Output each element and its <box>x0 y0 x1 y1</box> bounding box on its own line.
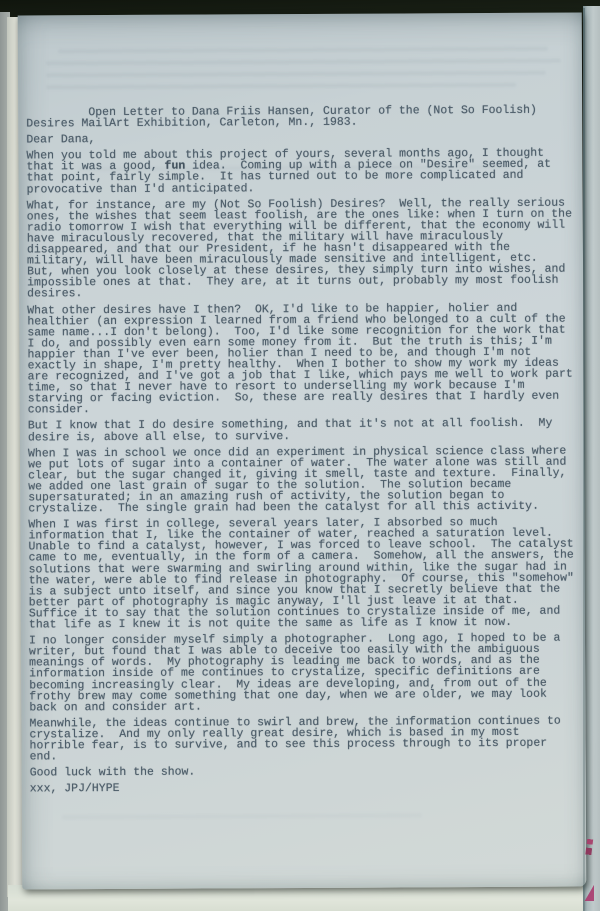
letter-paper: Open Letter to Dana Friis Hansen, Curato… <box>18 13 587 890</box>
bleed-through-texture <box>58 47 548 54</box>
letter-paragraph-5: When I was in school we once did an expe… <box>28 445 577 514</box>
letter-paragraph-1: When you told me about this project of y… <box>26 148 575 195</box>
letter-paragraph-2: What, for instance, are my (Not So Fooli… <box>27 197 577 300</box>
letter-salutation: Dear Dana, <box>26 132 575 146</box>
letter-paragraph-4: But I know that I do desire something, a… <box>28 418 577 443</box>
bleed-through-texture <box>46 71 546 78</box>
bleed-through-texture <box>46 83 516 89</box>
letter-paragraph-3: What other desires have I then? OK, I'd … <box>27 302 577 416</box>
letter-closing: Good luck with the show. <box>30 765 579 779</box>
letter-body: Open Letter to Dana Friis Hansen, Curato… <box>26 105 579 800</box>
letter-paragraph-6: When I was first in college, several yea… <box>28 517 578 631</box>
bleed-through-texture <box>62 813 422 819</box>
page-crease-line <box>583 8 585 911</box>
photographed-letter-page: Open Letter to Dana Friis Hansen, Curato… <box>0 0 600 911</box>
letter-paragraph-7: I no longer consider myself simply a pho… <box>29 633 578 714</box>
letter-paragraph-8: Meanwhile, the ideas continue to swirl a… <box>29 715 578 762</box>
letter-signature: xxx, JPJ/HYPE <box>30 781 579 795</box>
letter-heading: Open Letter to Dana Friis Hansen, Curato… <box>26 105 575 130</box>
bleed-through-texture <box>46 59 561 66</box>
